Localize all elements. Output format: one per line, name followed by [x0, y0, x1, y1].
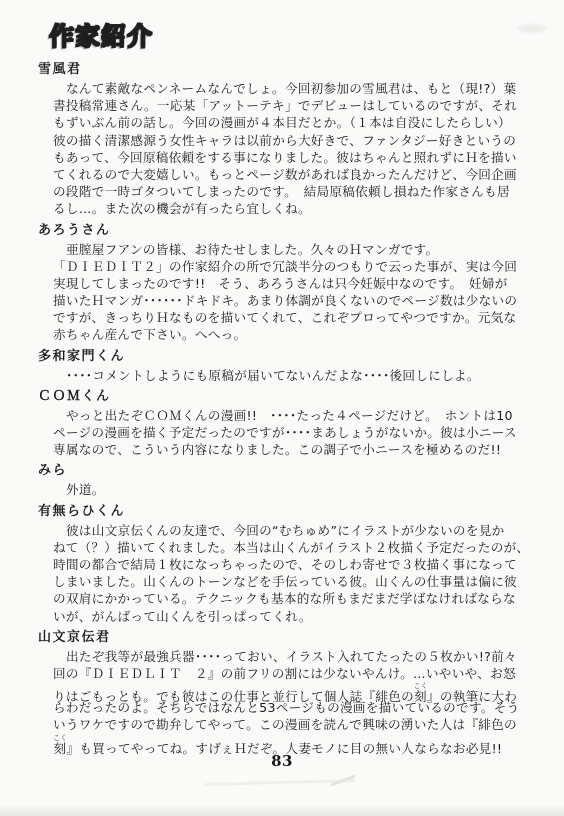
page-number: 83	[0, 752, 564, 770]
author-paragraph: 外道。	[38, 481, 550, 498]
page-title: 作家紹介	[49, 17, 153, 53]
author-paragraph: ････コメントしようにも原稿が届いてないんだよな････後回しにしよ。	[38, 367, 550, 384]
paragraph-line: 彼の描く清潔感源う女性キャラは以前から大好きで、ファンタジー好きというの	[53, 132, 550, 149]
author-section: あろうさん亜膣屋フアンの皆様、お待たせしました。久々のＨマンガです。「ＤＩＥＤＩ…	[38, 222, 550, 344]
scan-artifact-edge-shadow	[0, 804, 564, 816]
paragraph-line: もずいぶん前の話し。今回の漫画が４本目だとか。（１本は自没にしたらしい）	[53, 114, 550, 131]
author-name: 雪風君	[38, 61, 550, 78]
paragraph-line: やっと出たぞＣＯＭくんの漫画!! ････たった４ページだけど。 ホントは10	[53, 407, 550, 424]
paragraph-line: 刻こく』も買ってやってね。すげぇＨだぞ。人妻モノに目の無い人ならなお必見!!	[53, 734, 550, 751]
paragraph-line: ねて（？）描いてくれました。本当は山くんがイラスト２枚描く予定だったのが、	[53, 539, 550, 556]
paragraph-line: 外道。	[53, 481, 550, 498]
paragraph-line: らわだったのよ。そちらではなんと53ページもの漫画を描いているのです。そう	[53, 699, 550, 716]
author-section: みら外道。	[38, 462, 550, 498]
paragraph-line: てくれるので大変嬉しい。もっとページ数があれば良かったんだけど、今回企画	[53, 166, 550, 183]
author-section: 雪風君なんて素敵なペンネームなんでしょ。今回初参加の雪風君は、もと（現!?）葉書…	[38, 61, 550, 218]
paragraph-line: 描いたＨマンガ･･････ドキドキ。あまり体調が良くないのでページ数は少ないの	[53, 292, 550, 309]
paragraph-line: 回の『ＤＩＥＤＬＩＴ ２』の前フリの割には少ないやんけ。…いやいや、お怒	[53, 665, 550, 682]
paragraph-line: 彼は山文京伝くんの友達で、今回の“むちゅめ”にイラストが少ないのを見か	[53, 522, 550, 539]
paragraph-line: ですが、きっちりＨなものを描いてくれて、これぞプロってやつですか。元気な	[53, 309, 550, 326]
paragraph-line: の双肩にかかっている。テクニックも基本的な所もまだまだ学ばなければならな	[53, 590, 550, 607]
paragraph-line: いうワケですので勘弁してやって。この漫画を読んで興味の湧いた人は『緋色の	[53, 716, 550, 733]
paragraph-line: なんて素敵なペンネームなんでしょ。今回初参加の雪風君は、もと（現!?）葉	[53, 80, 550, 97]
paragraph-line: 書投稿常連さん。一応某「アットーテキ」でデビューはしているのですが、それ	[53, 97, 550, 114]
author-section: 多和家門くん････コメントしようにも原稿が届いてないんだよな････後回しにし…	[38, 348, 550, 384]
paragraph-line: いが、がんばって山くんを引っぱってくれ。	[53, 608, 550, 625]
author-sections: 雪風君なんて素敵なペンネームなんでしょ。今回初参加の雪風君は、もと（現!?）葉書…	[38, 61, 550, 751]
paragraph-line: 実現してしまったのです!! そう、あろうさんは只今妊娠中なのです。 妊婦が	[53, 275, 550, 292]
paragraph-line: 亜膣屋フアンの皆様、お待たせしました。久々のＨマンガです。	[53, 241, 550, 258]
author-name: ＣＯＭくん	[38, 388, 550, 405]
paragraph-line: 時間の都合で結局１枚になっちゃったので、そのしわ寄せで３枚描く事になって	[53, 556, 550, 573]
paragraph-line: 専属なので、こういう内容になりました。この調子で小ニースを極めるのだ!!	[53, 441, 550, 458]
author-paragraph: やっと出たぞＣＯＭくんの漫画!! ････たった４ページだけど。 ホントは10ペ…	[38, 407, 550, 459]
paragraph-line: の段階で一時ゴタついてしまったのです。 結局原稿依頼し損ねた作家さんも居	[53, 183, 550, 200]
author-name: みら	[38, 462, 550, 479]
author-paragraph: なんて素敵なペンネームなんでしょ。今回初参加の雪風君は、もと（現!?）葉書投稿常…	[38, 80, 550, 218]
paragraph-line: もあって、今回原稿依頼をする事になりました。彼はちゃんと照れずにＨを描い	[53, 149, 550, 166]
author-paragraph: 亜膣屋フアンの皆様、お待たせしました。久々のＨマンガです。「ＤＩＥＤＩＴ２」の作…	[38, 241, 550, 344]
author-name: 有無らひくん	[38, 503, 550, 520]
paragraph-line: 「ＤＩＥＤＩＴ２」の作家紹介の所で冗談半分のつもりで云った事が、実は今回	[53, 258, 550, 275]
scanned-page: 作家紹介 雪風君なんて素敵なペンネームなんでしょ。今回初参加の雪風君は、もと（現…	[0, 0, 564, 816]
paragraph-line: るし…。また次の機会が有ったら宜しくね。	[53, 200, 550, 217]
paragraph-line: ････コメントしようにも原稿が届いてないんだよな････後回しにしよ。	[53, 367, 550, 384]
author-paragraph: 出たぞ我等が最強兵器････っておい、イラスト入れてたったの５枚かい!?前々回の…	[38, 648, 550, 751]
author-paragraph: 彼は山文京伝くんの友達で、今回の“むちゅめ”にイラストが少ないのを見かねて（？）…	[38, 522, 550, 625]
paragraph-line: ページの漫画を描く予定だったのですが････まあしょうがないか。彼は小ニース	[53, 424, 550, 441]
author-section: ＣＯＭくんやっと出たぞＣＯＭくんの漫画!! ････たった４ページだけど。 ホン…	[38, 388, 550, 459]
paragraph-line: りはごもっとも。でも彼はこの仕事と並行して個人誌『緋色の刻こく』の執筆に大わ	[53, 682, 550, 699]
paragraph-line: 赤ちゃん産んで下さい。へへっ。	[53, 326, 550, 343]
paragraph-line: 出たぞ我等が最強兵器････っておい、イラスト入れてたったの５枚かい!?前々	[53, 648, 550, 665]
author-section: 有無らひくん彼は山文京伝くんの友達で、今回の“むちゅめ”にイラストが少ないのを見…	[38, 503, 550, 625]
author-name: 山文京伝君	[38, 629, 550, 646]
scan-artifact-smudge	[518, 24, 546, 33]
author-name: あろうさん	[38, 222, 550, 239]
paragraph-line: しまいました。山くんのトーンなどを手伝っている彼。山くんの仕事量は偏に彼	[53, 573, 550, 590]
author-name: 多和家門くん	[38, 348, 550, 365]
author-section: 山文京伝君出たぞ我等が最強兵器････っておい、イラスト入れてたったの５枚かい!…	[38, 629, 550, 751]
